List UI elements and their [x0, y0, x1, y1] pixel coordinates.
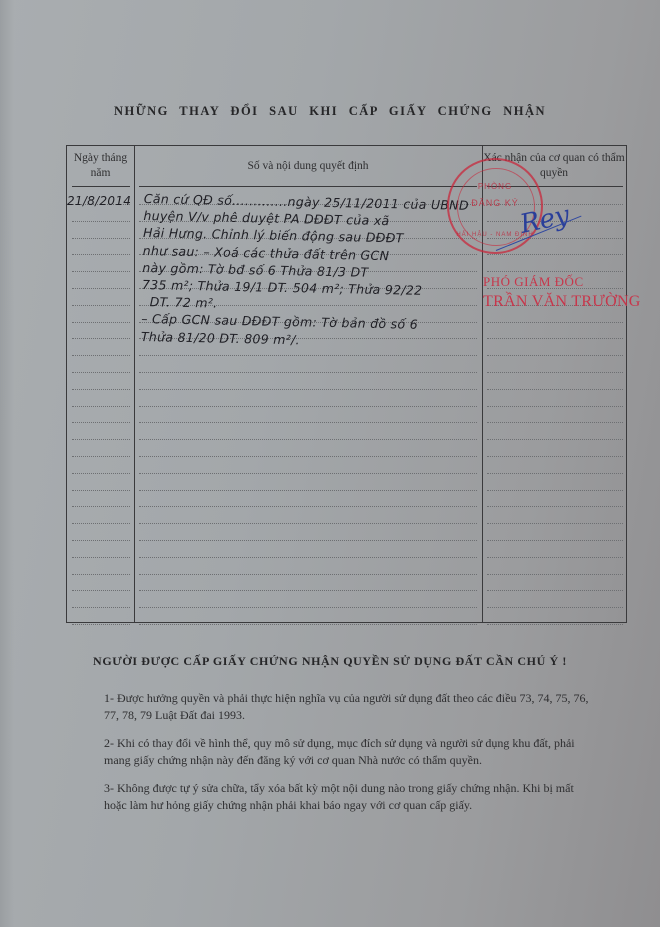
column-divider	[134, 146, 135, 622]
ruled-line	[72, 506, 130, 507]
ruled-line	[72, 590, 130, 591]
ruled-line	[72, 607, 130, 608]
ruled-line	[487, 355, 623, 356]
ruled-line	[139, 355, 477, 356]
ruled-line	[72, 540, 130, 541]
ruled-line	[487, 574, 623, 575]
entry-content: Căn cứ QĐ số.............ngày 25/11/2011…	[141, 190, 469, 352]
ruled-line	[72, 456, 130, 457]
ruled-line	[72, 523, 130, 524]
ruled-line	[139, 406, 477, 407]
ruled-line	[72, 574, 130, 575]
ruled-line	[487, 607, 623, 608]
ruled-line	[72, 271, 130, 272]
notice-list: 1- Được hưởng quyền và phải thực hiện ng…	[104, 690, 594, 825]
ruled-line	[487, 557, 623, 558]
ruled-line	[139, 540, 477, 541]
ruled-line	[139, 523, 477, 524]
notice-item: 1- Được hưởng quyền và phải thực hiện ng…	[104, 690, 594, 724]
ruled-line	[487, 254, 623, 255]
header-underline	[72, 186, 130, 187]
header-date: Ngày tháng năm	[67, 146, 134, 191]
ruled-line	[72, 338, 130, 339]
ruled-line	[487, 473, 623, 474]
ruled-line	[72, 473, 130, 474]
ruled-line	[487, 490, 623, 491]
ruled-line	[139, 422, 477, 423]
ruled-line	[487, 439, 623, 440]
ruled-line	[139, 590, 477, 591]
notice-item: 2- Khi có thay đổi về hình thể, quy mô s…	[104, 735, 594, 769]
header-underline	[139, 186, 477, 187]
ruled-line	[139, 473, 477, 474]
ruled-line	[487, 456, 623, 457]
ruled-line	[139, 389, 477, 390]
ruled-line	[72, 221, 130, 222]
ruled-line	[487, 506, 623, 507]
ruled-line	[139, 574, 477, 575]
ruled-line	[139, 607, 477, 608]
notice-title: NGƯỜI ĐƯỢC CẤP GIẤY CHỨNG NHẬN QUYỀN SỬ …	[0, 654, 660, 669]
ruled-line	[487, 523, 623, 524]
ruled-line	[72, 557, 130, 558]
stamp-text-middle: ĐĂNG KÝ	[449, 198, 541, 208]
ruled-line	[487, 271, 623, 272]
ruled-line	[139, 557, 477, 558]
official-name: TRẦN VĂN TRƯỜNG	[483, 293, 641, 311]
ruled-line	[72, 288, 130, 289]
ruled-line	[139, 372, 477, 373]
page-edge	[0, 0, 14, 927]
ruled-line	[72, 422, 130, 423]
ruled-line	[487, 389, 623, 390]
stamp-text-top: PHÒNG	[449, 182, 541, 191]
page-title: NHỮNG THAY ĐỔI SAU KHI CẤP GIẤY CHỨNG NH…	[0, 104, 660, 119]
ruled-line	[72, 238, 130, 239]
ruled-line	[72, 322, 130, 323]
ruled-line	[72, 355, 130, 356]
ruled-line	[139, 624, 477, 625]
ruled-line	[72, 624, 130, 625]
ruled-line	[72, 406, 130, 407]
ruled-line	[72, 389, 130, 390]
ruled-line	[72, 372, 130, 373]
official-title: PHÓ GIÁM ĐỐC	[483, 274, 584, 290]
ruled-line	[139, 456, 477, 457]
ruled-line	[139, 506, 477, 507]
ruled-line	[139, 490, 477, 491]
ruled-line	[487, 590, 623, 591]
ruled-line	[487, 338, 623, 339]
ruled-line	[487, 406, 623, 407]
ruled-line	[487, 624, 623, 625]
ruled-line	[72, 439, 130, 440]
ruled-line	[487, 540, 623, 541]
official-stamp: PHÒNG ĐĂNG KÝ HẢI HẬU - NAM ĐỊNH	[447, 158, 543, 254]
ruled-line	[487, 422, 623, 423]
ruled-line	[72, 490, 130, 491]
entry-date: 21/8/2014	[67, 194, 131, 208]
ruled-line	[72, 254, 130, 255]
ruled-line	[139, 439, 477, 440]
ruled-line	[487, 322, 623, 323]
ruled-line	[487, 372, 623, 373]
ruled-line	[72, 305, 130, 306]
notice-item: 3- Không được tự ý sửa chữa, tẩy xóa bất…	[104, 780, 594, 814]
